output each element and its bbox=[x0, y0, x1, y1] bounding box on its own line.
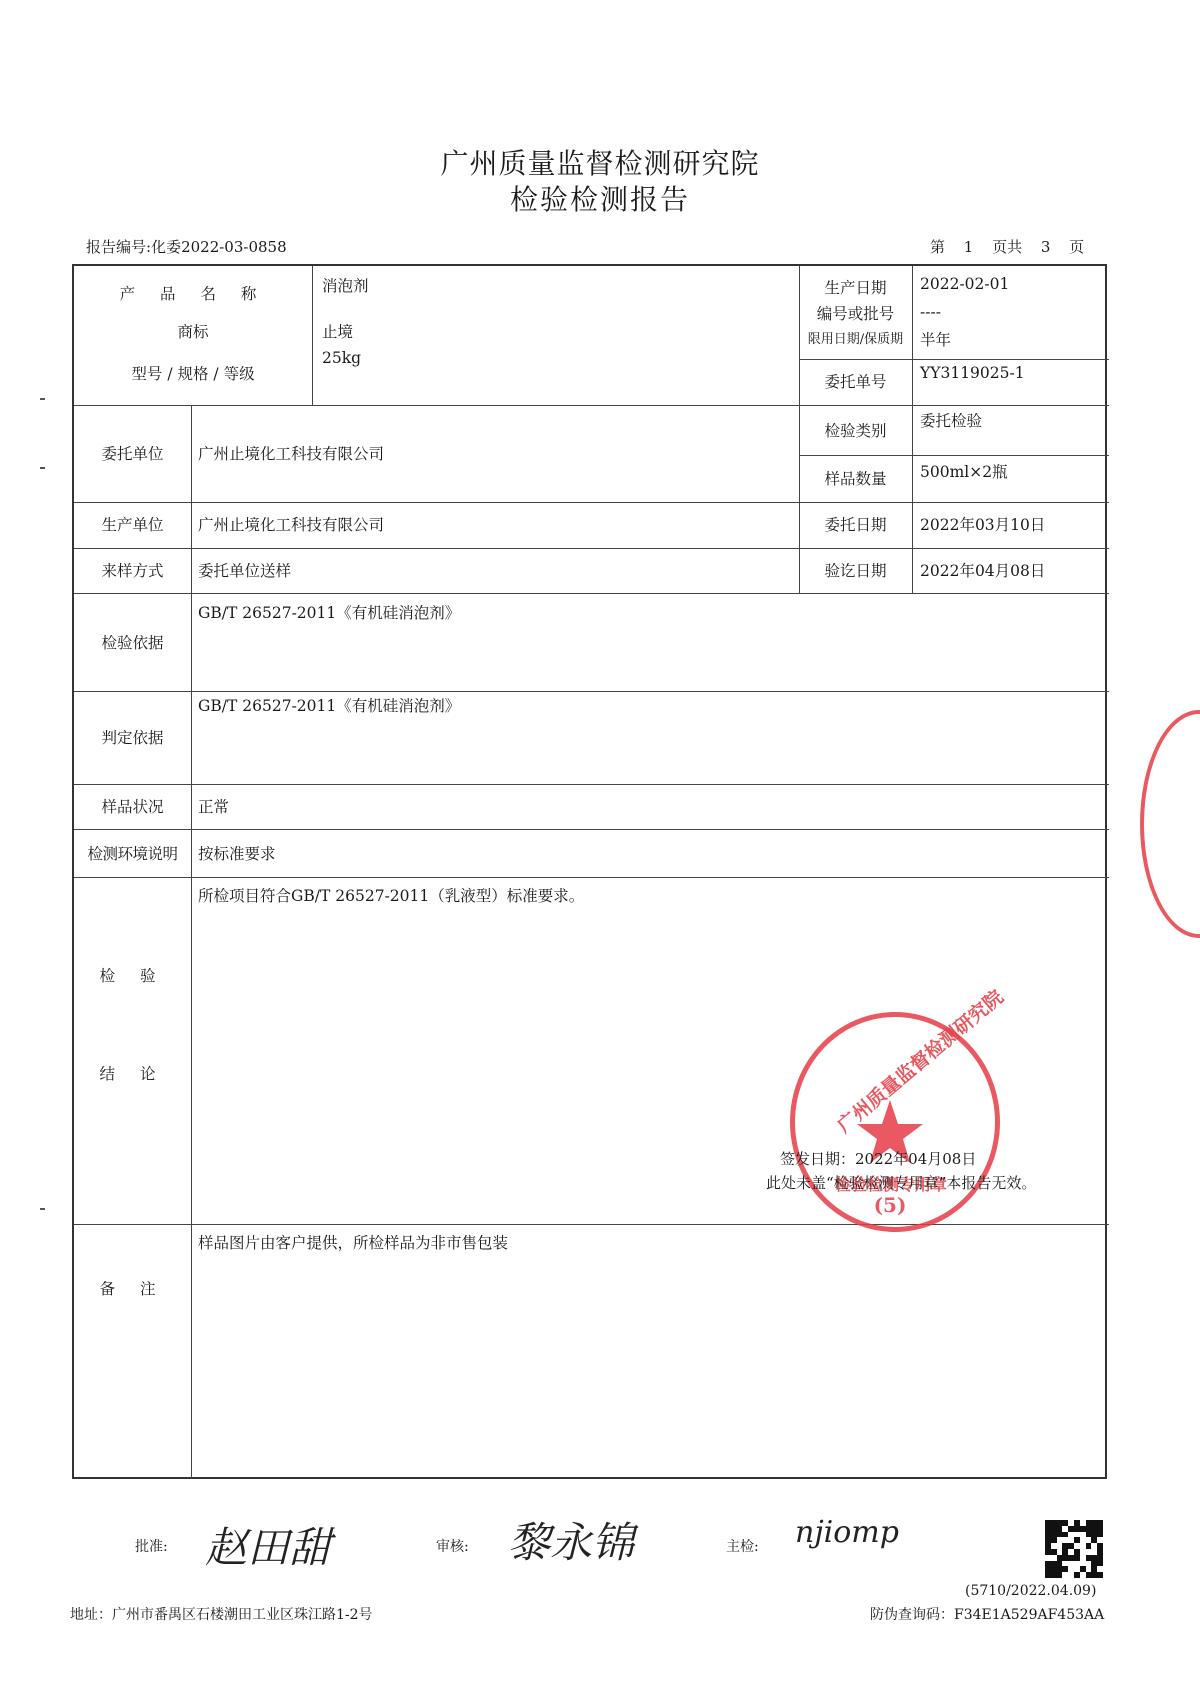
issue-date: 签发日期：2022年04月08日 bbox=[780, 1148, 976, 1169]
scan-mark bbox=[40, 467, 45, 469]
svg-text:(5): (5) bbox=[874, 1193, 907, 1217]
production-date: 2022-02-01 bbox=[920, 274, 1009, 294]
report-number-label: 报告编号: bbox=[86, 238, 151, 256]
report-number-value: 化委2022-03-0858 bbox=[151, 238, 287, 256]
approve-label: 批准: bbox=[135, 1536, 168, 1556]
conclusion-text: 所检项目符合GB/T 26527-2011（乳液型）标准要求。 bbox=[198, 886, 584, 906]
test-type: 委托检验 bbox=[920, 411, 982, 431]
qr-code-icon bbox=[1045, 1520, 1103, 1578]
product-name-label: 产 品 名 称 bbox=[74, 284, 312, 304]
test-basis-label: 检验依据 bbox=[74, 633, 191, 653]
partial-seal bbox=[1140, 710, 1200, 938]
sample-qty: 500ml×2瓶 bbox=[920, 462, 1008, 482]
judge-basis: GB/T 26527-2011《有机硅消泡剂》 bbox=[198, 696, 460, 716]
finish-date: 2022年04月08日 bbox=[920, 561, 1045, 581]
institute-name: 广州质量监督检测研究院 bbox=[0, 142, 1200, 182]
conclusion-label-2: 结 论 bbox=[74, 1064, 191, 1084]
verify-code: 防伪查询码：F34E1A529AF453AA bbox=[870, 1604, 1104, 1624]
inspect-label: 主检: bbox=[726, 1536, 759, 1556]
shelf-life: 半年 bbox=[920, 330, 951, 350]
maker-label: 生产单位 bbox=[74, 515, 191, 535]
test-type-label: 检验类别 bbox=[799, 421, 912, 441]
approve-signature: 赵田甜 bbox=[205, 1515, 331, 1575]
report-number: 报告编号:化委2022-03-0858 bbox=[86, 236, 287, 257]
judge-basis-label: 判定依据 bbox=[74, 728, 191, 748]
test-basis: GB/T 26527-2011《有机硅消泡剂》 bbox=[198, 603, 460, 623]
review-label: 审核: bbox=[436, 1536, 469, 1556]
sample-qty-label: 样品数量 bbox=[799, 469, 912, 489]
inspect-signature: njiomp bbox=[795, 1515, 899, 1550]
report-title: 检验检测报告 bbox=[0, 178, 1200, 218]
shelf-life-label: 限用日期/保质期 bbox=[799, 330, 912, 350]
remarks-text: 样品图片由客户提供，所检样品为非市售包装 bbox=[198, 1233, 508, 1253]
code-stamp: (5710/2022.04.09) bbox=[965, 1583, 1096, 1599]
order-no-label: 委托单号 bbox=[799, 372, 912, 392]
review-signature: 黎永锦 bbox=[508, 1510, 634, 1570]
sampling-method: 委托单位送样 bbox=[198, 561, 291, 581]
scan-mark bbox=[40, 1208, 45, 1210]
env-label: 检测环境说明 bbox=[74, 844, 191, 864]
env-description: 按标准要求 bbox=[198, 844, 276, 864]
production-date-label: 生产日期 bbox=[799, 278, 912, 298]
seal-note: 此处未盖“检验检测专用章”本报告无效。 bbox=[766, 1172, 1036, 1193]
entrust-date: 2022年03月10日 bbox=[920, 515, 1045, 535]
entrust-date-label: 委托日期 bbox=[799, 515, 912, 535]
official-seal: (5) 广州质量监督检测研究院 检验检测专用章 bbox=[790, 1012, 1000, 1232]
order-no: YY3119025-1 bbox=[920, 363, 1025, 383]
finish-date-label: 验讫日期 bbox=[799, 561, 912, 581]
scan-mark bbox=[40, 398, 45, 400]
batch-label: 编号或批号 bbox=[799, 304, 912, 324]
maker-name: 广州止境化工科技有限公司 bbox=[198, 515, 384, 535]
client-label: 委托单位 bbox=[74, 444, 191, 464]
conclusion-label-1: 检 验 bbox=[74, 966, 191, 986]
address: 地址：广州市番禺区石楼潮田工业区珠江路1-2号 bbox=[70, 1604, 373, 1624]
report-table: 产 品 名 称 商标 型号 / 规格 / 等级 消泡剂 止境 25kg 生产日期… bbox=[72, 264, 1107, 1479]
brand-label: 商标 bbox=[74, 322, 312, 342]
sample-condition: 正常 bbox=[198, 797, 229, 817]
client-name: 广州止境化工科技有限公司 bbox=[198, 444, 384, 464]
product-name: 消泡剂 bbox=[322, 276, 369, 296]
sample-condition-label: 样品状况 bbox=[74, 797, 191, 817]
page-indicator: 第 1 页共 3 页 bbox=[930, 236, 1084, 257]
sampling-label: 来样方式 bbox=[74, 561, 191, 581]
remarks-label: 备 注 bbox=[74, 1279, 191, 1299]
brand: 止境 bbox=[322, 322, 353, 342]
batch-number: ---- bbox=[920, 302, 941, 322]
model: 25kg bbox=[322, 348, 361, 368]
model-label: 型号 / 规格 / 等级 bbox=[74, 364, 312, 384]
